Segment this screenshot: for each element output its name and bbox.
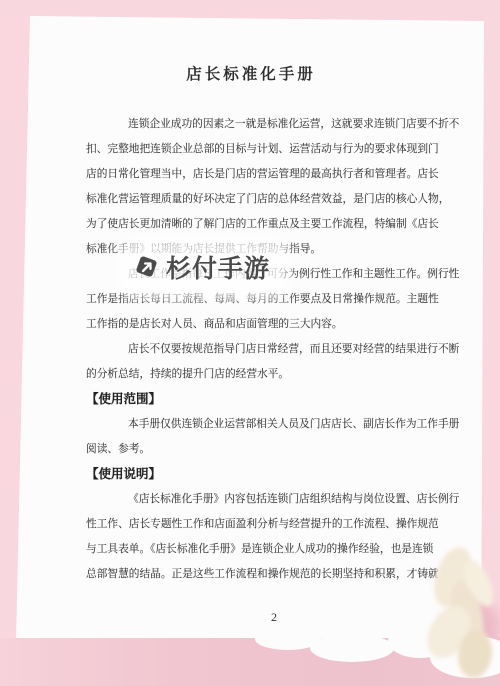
text-line: 店长不仅要按规范指导门店日常经营，而且还要对经营的结果进行不断 [86, 337, 454, 362]
page-title: 店长标准化手册 [18, 62, 484, 84]
text-line: 性工作、店长专题性工作和店面盈利分析与经营提升的工作流程、操作规范 [86, 512, 454, 537]
text-line: 店的日常化管理当中，店长是门店的营运管理的最高执行者和管理者。店长 [86, 162, 454, 187]
text-line: 总部智慧的结晶。正是这些工作流程和操作规范的长期坚持和积累，才铸就 [86, 562, 454, 587]
page-number: 2 [95, 610, 453, 625]
paragraph: 店长不仅要按规范指导门店日常经营，而且还要对经营的结果进行不断的分析总结，持续的… [86, 337, 454, 387]
text-line: 标准化营运管理质量的好坏决定了门店的总体经营效益，是门店的核心人物， [86, 187, 454, 212]
text-line: 扣、完整地把连锁企业总部的目标与计划、运营活动与行为的要求体现到门 [86, 137, 454, 162]
section-heading: 【使用范围】 [86, 387, 454, 412]
paragraph: 本手册仅供连锁企业运营部相关人员及门店店长、副店长作为工作手册阅读、参考。 [86, 412, 454, 462]
text-line: 《店长标准化手册》内容包括连锁门店组织结构与岗位设置、店长例行 [86, 487, 454, 512]
text-line: 为了使店长更加清晰的了解门店的工作重点及主要工作流程，特编制《店长 [86, 212, 454, 237]
text-line: 连锁企业成功的因素之一就是标准化运营，这就要求连锁门店要不折不 [86, 112, 454, 137]
text-line: 阅读、参考。 [86, 437, 454, 462]
flower-decoration [408, 538, 500, 678]
page-body: 连锁企业成功的因素之一就是标准化运营，这就要求连锁门店要不折不扣、完整地把连锁企… [86, 112, 454, 587]
text-line: 工作指的是店长对人员、商品和店面管理的三大内容。 [86, 312, 454, 337]
paragraph: 连锁企业成功的因素之一就是标准化运营，这就要求连锁门店要不折不扣、完整地把连锁企… [86, 112, 454, 262]
paragraph: 《店长标准化手册》内容包括连锁门店组织结构与岗位设置、店长例行性工作、店长专题性… [86, 487, 454, 587]
scallop-decoration [310, 634, 394, 662]
watermark: 杉付手游 [128, 246, 280, 288]
text-line: 本手册仅供连锁企业运营部相关人员及门店店长、副店长作为工作手册 [86, 412, 454, 437]
text-line: 与工具表单。《店长标准化手册》是连锁企业人成功的操作经验，也是连锁 [86, 537, 454, 562]
photo-background: 店长标准化手册 连锁企业成功的因素之一就是标准化运营，这就要求连锁门店要不折不扣… [0, 0, 500, 686]
text-line: 的分析总结，持续的提升门店的经营水平。 [86, 362, 454, 387]
watermark-logo-icon [132, 252, 162, 282]
text-line: 工作是指店长每日工流程、每周、每月的工作要点及日常操作规范。主题性 [86, 287, 454, 312]
watermark-text: 杉付手游 [166, 249, 270, 285]
section-heading: 【使用说明】 [86, 462, 454, 487]
